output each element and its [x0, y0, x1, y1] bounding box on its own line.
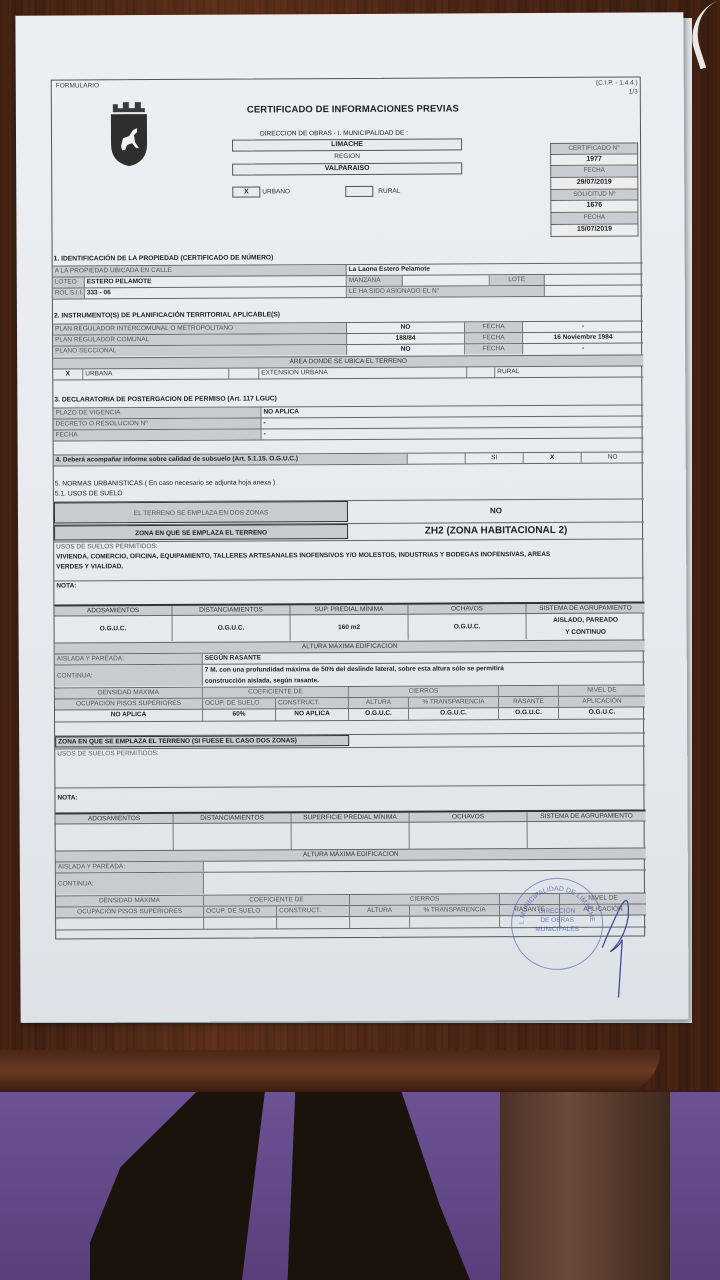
aplicacion-label: APLICACIÓN — [559, 696, 645, 706]
urbano-label: URBANO — [262, 188, 290, 195]
section-5-1-title: 5.1. USOS DE SUELO — [55, 490, 123, 497]
manzana-value — [403, 275, 490, 285]
municipal-stamp: I. MUNICIPALIDAD DE LIMACHE DIRECCIÓN DE… — [511, 878, 603, 970]
stamp-line-3: MUNICIPALES — [512, 925, 602, 934]
density-value: O.G.U.C. — [409, 708, 499, 719]
rol-row: ROL S.I.I. N° 333 - 06 LE HA SIDO ASIGNA… — [53, 284, 643, 299]
municipalidad-field: LIMACHE — [232, 138, 462, 151]
agrupamiento2-value — [528, 821, 646, 848]
loteo-label: LOTEO — [53, 277, 85, 287]
subsuelo-label: 4. Deberá acompañar informe sobre calida… — [54, 454, 408, 466]
dos-zonas-value: NO — [348, 499, 644, 522]
manzana-label: MANZANA — [347, 276, 403, 286]
rural-checkbox[interactable] — [345, 186, 373, 197]
table-edge — [0, 1050, 660, 1092]
urbano-checkbox[interactable]: X — [232, 186, 260, 197]
postergacion-label: FECHA — [54, 429, 262, 440]
usos2-label: USOS DE SUELOS PERMITIDOS: — [55, 746, 645, 786]
density-value: O.G.U.C. — [559, 707, 645, 718]
rasante-label: RASANTE — [499, 697, 559, 707]
adosamientos-value: O.G.U.C. — [55, 616, 173, 642]
altura-label: ALTURA — [350, 906, 410, 916]
signature — [596, 888, 637, 998]
si-label: SI — [466, 453, 524, 463]
stamp-line-1: DIRECCIÓN — [512, 907, 602, 916]
density2-table: DENSIDAD MÁXIMA COEFICIENTE DE CIERROS N… — [52, 77, 640, 80]
postergacion-rows: PLAZO DE VIGENCIA NO APLICADECRETO O RES… — [52, 77, 640, 80]
fecha-label: FECHA — [550, 213, 638, 225]
altura-label: ALTURA — [349, 698, 409, 708]
solicitud-fecha: 15/07/2019 — [550, 224, 638, 236]
certificate-info-table: CERTIFICADO N° 1977 FECHA 29/07/2019 SOL… — [550, 142, 638, 236]
stamp-text: DIRECCIÓN DE OBRAS MUNICIPALES — [512, 907, 602, 934]
form-label: FORMULARIO — [56, 82, 99, 89]
agrupamiento-line-1: AISLADO, PAREADO — [529, 614, 643, 627]
density-value — [350, 917, 410, 928]
agrupamiento-value: AISLADO, PAREADO Y CONTINUO — [527, 613, 645, 639]
section-3-title: 3. DECLARATORIA DE POSTERGACION DE PERMI… — [54, 395, 276, 403]
agrupamiento-line-2: Y CONTINUO — [529, 626, 643, 639]
rural-label: RURAL — [378, 188, 400, 195]
density-value — [410, 916, 500, 927]
extension-mark[interactable] — [229, 368, 259, 378]
ocup-suelo-label: OCUP. DE SUELO — [203, 698, 276, 708]
document-paper: FORMULARIO (C.I.P. - 1.4.4.) 1/3 CERTIFI… — [15, 12, 688, 1022]
zona2-value — [349, 733, 645, 746]
instrument-fecha-label: FECHA — [465, 333, 523, 343]
construct-label: CONSTRUCT. — [276, 698, 349, 708]
rasante-spacer — [499, 686, 559, 696]
norms2-values-row — [56, 820, 646, 849]
ocup-suelo-label: OCUP. DE SUELO — [204, 906, 277, 916]
dos-zonas-row: EL TERRENO SE EMPLAZA EN DOS ZONAS NO — [54, 498, 644, 523]
ochavos2-value — [410, 822, 528, 849]
nivel-label: NIVEL DE — [559, 685, 645, 695]
instrument-fecha-label: FECHA — [465, 322, 523, 332]
density-value: NO APLICA — [276, 709, 349, 720]
region-field: VALPARAISO — [232, 162, 462, 175]
urbana-label: URBANA — [83, 369, 229, 380]
density-value: O.G.U.C. — [499, 708, 559, 719]
usos-row: USOS DE SUELOS PERMITIDOS: VIVIENDA, COM… — [54, 538, 644, 579]
transparencia-label: % TRANSPARENCIA — [409, 697, 499, 707]
usos-line-2: VERDES Y VIALIDAD. — [54, 559, 644, 572]
nota-label: NOTA: — [54, 578, 644, 600]
form-code: (C.I.P. - 1.4.4.) — [596, 79, 638, 86]
asignado-label: LE HA SIDO ASIGNADO EL N° — [347, 286, 545, 297]
zona-value: ZH2 (ZONA HABITACIONAL 2) — [348, 522, 644, 539]
continua-value: 7 M. con una profundidad máxima de 50% d… — [203, 662, 645, 685]
section-5-title: 5. NORMAS URBANISTICAS ( En caso necesar… — [55, 479, 275, 487]
certificado-fecha: 29/07/2019 — [550, 178, 638, 190]
nota2-row: NOTA: — [55, 784, 645, 809]
instrument-fecha: - — [523, 343, 643, 354]
distanciamientos-value: O.G.U.C. — [173, 615, 291, 641]
instrument-value: 188/84 — [347, 333, 465, 344]
direccion-label: DIRECCION DE OBRAS - I. MUNICIPALIDAD DE… — [260, 130, 408, 138]
density-value: O.G.U.C. — [349, 709, 409, 720]
section-2-title: 2. INSTRUMENTO(S) DE PLANIFICACIÓN TERRI… — [54, 311, 280, 319]
continua-row: CONTINUA: 7 M. con una profundidad máxim… — [55, 661, 645, 686]
certificado-number: 1977 — [550, 154, 638, 166]
instrument-fecha-label: FECHA — [465, 344, 523, 354]
lote-value — [545, 274, 643, 285]
stamp-line-2: DE OBRAS — [512, 916, 602, 925]
construct-label: CONSTRUCT. — [277, 906, 350, 916]
no-label: NO — [582, 452, 644, 462]
extension-label: EXTENSION URBANA — [259, 367, 467, 378]
instrument-value: NO — [347, 322, 465, 333]
zona-row: ZONA EN QUE SE EMPLAZA EL TERRENO ZH2 (Z… — [54, 521, 644, 540]
density-value: 60% — [203, 709, 276, 720]
density-value — [56, 918, 204, 930]
urbana-mark[interactable]: X — [53, 369, 83, 379]
rol-value: 333 - 06 — [85, 287, 347, 298]
nota-row: NOTA: — [54, 577, 644, 600]
distanciamientos2-value — [174, 823, 292, 850]
subsuelo-row: 4. Deberá acompañar informe sobre calida… — [54, 451, 644, 466]
usos2-row: USOS DE SUELOS PERMITIDOS: — [55, 745, 645, 786]
transparencia-label: % TRANSPARENCIA — [410, 905, 500, 915]
rural-mark[interactable] — [467, 367, 495, 377]
document-title: CERTIFICADO DE INFORMACIONES PREVIAS — [247, 103, 459, 115]
zona2-label: ZONA EN QUE SE EMPLAZA EL TERRENO (SI FU… — [55, 735, 349, 748]
area-row: X URBANA EXTENSION URBANA RURAL — [53, 365, 643, 380]
si-mark[interactable] — [408, 453, 466, 463]
certificado-label: CERTIFICADO N° — [550, 142, 638, 154]
form-frame: FORMULARIO (C.I.P. - 1.4.4.) 1/3 CERTIFI… — [51, 76, 645, 939]
certificate-form: FORMULARIO (C.I.P. - 1.4.4.) 1/3 CERTIFI… — [51, 76, 645, 939]
asignado-value — [545, 285, 643, 296]
norms-values-row: O.G.U.C. O.G.U.C. 160 m2 O.G.U.C. AISLAD… — [55, 612, 645, 641]
instrument-label: PLANO SECCIONAL — [53, 345, 347, 357]
density-row: NO APLICA60%NO APLICAO.G.U.C.O.G.U.C.O.G… — [55, 706, 645, 722]
adosamientos2-value — [56, 824, 174, 851]
continua-label: CONTINUA: — [55, 665, 203, 687]
instrument-fecha: - — [523, 321, 643, 332]
postergacion-row: FECHA - — [54, 426, 644, 441]
lote-label: LOTE — [490, 275, 545, 285]
zona-label: ZONA EN QUE SE EMPLAZA EL TERRENO — [54, 524, 348, 541]
page-number: 1/3 — [629, 88, 638, 95]
postergacion-value: - — [262, 427, 644, 439]
solicitud-number: 1676 — [550, 201, 638, 213]
sup-predial-value: 160 m2 — [291, 615, 409, 641]
instrument-fecha: 16 Noviembre 1984 — [523, 332, 643, 343]
rol-label: ROL S.I.I. N° — [53, 288, 85, 298]
density-value: NO APLICA — [55, 710, 203, 722]
density-value — [204, 917, 277, 928]
no-mark[interactable]: X — [524, 453, 582, 463]
rural-area-label: RURAL — [495, 366, 643, 377]
section-1-title: 1. IDENTIFICACIÓN DE LA PROPIEDAD (CERTI… — [54, 254, 274, 262]
density-table: DENSIDAD MÁXIMA COEFICIENTE DE CIERROS N… — [52, 77, 640, 80]
coat-of-arms-icon — [107, 100, 151, 168]
instrument-value: NO — [347, 344, 465, 355]
cabinet — [500, 1092, 670, 1280]
region-label: REGION — [232, 152, 462, 160]
planning-instruments: PLAN REGULADOR INTERCOMUNAL O METROPOLIT… — [52, 77, 640, 80]
continua2-label: CONTINUA: — [56, 873, 204, 895]
dos-zonas-label: EL TERRENO SE EMPLAZA EN DOS ZONAS — [54, 501, 348, 524]
sup-predial2-value — [292, 823, 410, 850]
ochavos-value: O.G.U.C. — [409, 614, 527, 640]
solicitud-label: SOLICITUD Nº — [550, 189, 638, 201]
fecha-label: FECHA — [550, 166, 638, 178]
nota2-label: NOTA: — [55, 785, 645, 809]
density-value — [277, 917, 350, 928]
